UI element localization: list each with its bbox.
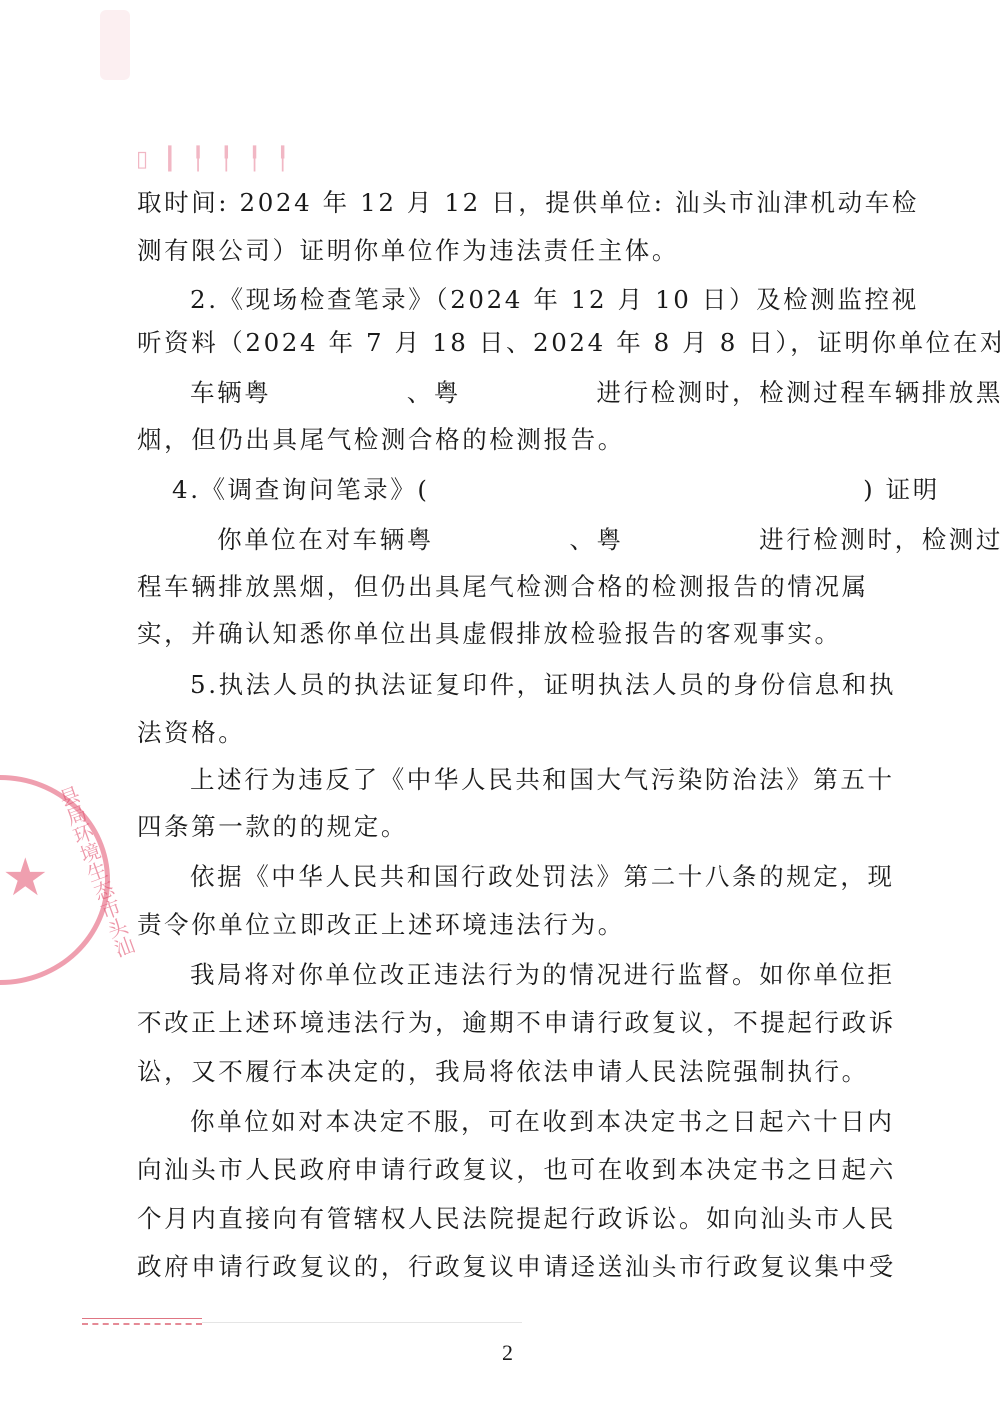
basis-paragraph-line-1: 依据《中华人民共和国行政处罚法》第二十八条的规定，现	[190, 862, 935, 892]
appeal-paragraph-line-2: 向汕头市人民政府申请行政复议，也可在收到本决定书之日起六	[137, 1155, 882, 1185]
evidence-item-4-line-1: 4.《调查询问笔录》( ) 证明	[172, 475, 917, 505]
body-line-2: 测有限公司）证明你单位作为违法责任主体。	[137, 236, 882, 266]
seal-overprint-top: ▯ ┃ ╿ ╿ ╿ ╿	[128, 145, 908, 187]
body-line-1: 取时间: 2024 年 12 月 12 日，提供单位: 汕头市汕津机动车检	[137, 188, 882, 218]
evidence-item-5-line-2: 法资格。	[137, 718, 882, 748]
evidence-item-2-line-1: 2.《现场检查笔录》（2024 年 12 月 10 日）及检测监控视	[190, 285, 935, 315]
page-number: 2	[502, 1340, 513, 1366]
footer-seal-stripe	[82, 1318, 202, 1325]
appeal-paragraph-line-4: 政府申请行政复议的，行政复议申请迳送汕头市行政复议集中受	[137, 1252, 882, 1282]
violation-paragraph-line-2: 四条第一款的的规定。	[137, 812, 882, 842]
document-page: ▯ ┃ ╿ ╿ ╿ ╿ 取时间: 2024 年 12 月 12 日，提供单位: …	[0, 0, 1000, 1414]
violation-paragraph-line-1: 上述行为违反了《中华人民共和国大气污染防治法》第五十	[190, 765, 935, 795]
evidence-item-4-line-3: 程车辆排放黑烟，但仍出具尾气检测合格的检测报告的情况属	[137, 572, 882, 602]
appeal-paragraph-line-1: 你单位如对本决定不服，可在收到本决定书之日起六十日内	[190, 1107, 935, 1137]
supervision-paragraph-line-3: 讼，又不履行本决定的，我局将依法申请人民法院强制执行。	[137, 1057, 882, 1087]
evidence-item-2-line-3: 车辆粤 、粤 进行检测时，检测过程车辆排放黑	[190, 378, 935, 408]
footer-divider	[202, 1322, 522, 1323]
appeal-paragraph-line-3: 个月内直接向有管辖权人民法院提起行政诉讼。如向汕头市人民	[137, 1204, 882, 1234]
evidence-item-2-line-4: 烟，但仍出具尾气检测合格的检测报告。	[137, 425, 882, 455]
supervision-paragraph-line-1: 我局将对你单位改正违法行为的情况进行监督。如你单位拒	[190, 960, 935, 990]
supervision-paragraph-line-2: 不改正上述环境违法行为，逾期不申请行政复议，不提起行政诉	[137, 1008, 882, 1038]
evidence-item-5-line-1: 5.执法人员的执法证复印件，证明执法人员的身份信息和执	[190, 670, 935, 700]
basis-paragraph-line-2: 责令你单位立即改正上述环境违法行为。	[137, 910, 882, 940]
seal-bleed-mark	[100, 10, 130, 80]
seal-fragment-text: ▯ ┃ ╿ ╿ ╿ ╿	[136, 147, 293, 172]
evidence-item-4-line-2: 你单位在对车辆粤 、粤 进行检测时，检测过	[190, 525, 935, 555]
evidence-item-2-line-2: 听资料（2024 年 7 月 18 日、2024 年 8 月 8 日），证明你单…	[137, 328, 882, 358]
evidence-item-4-line-4: 实，并确认知悉你单位出具虚假排放检验报告的客观事实。	[137, 619, 882, 649]
